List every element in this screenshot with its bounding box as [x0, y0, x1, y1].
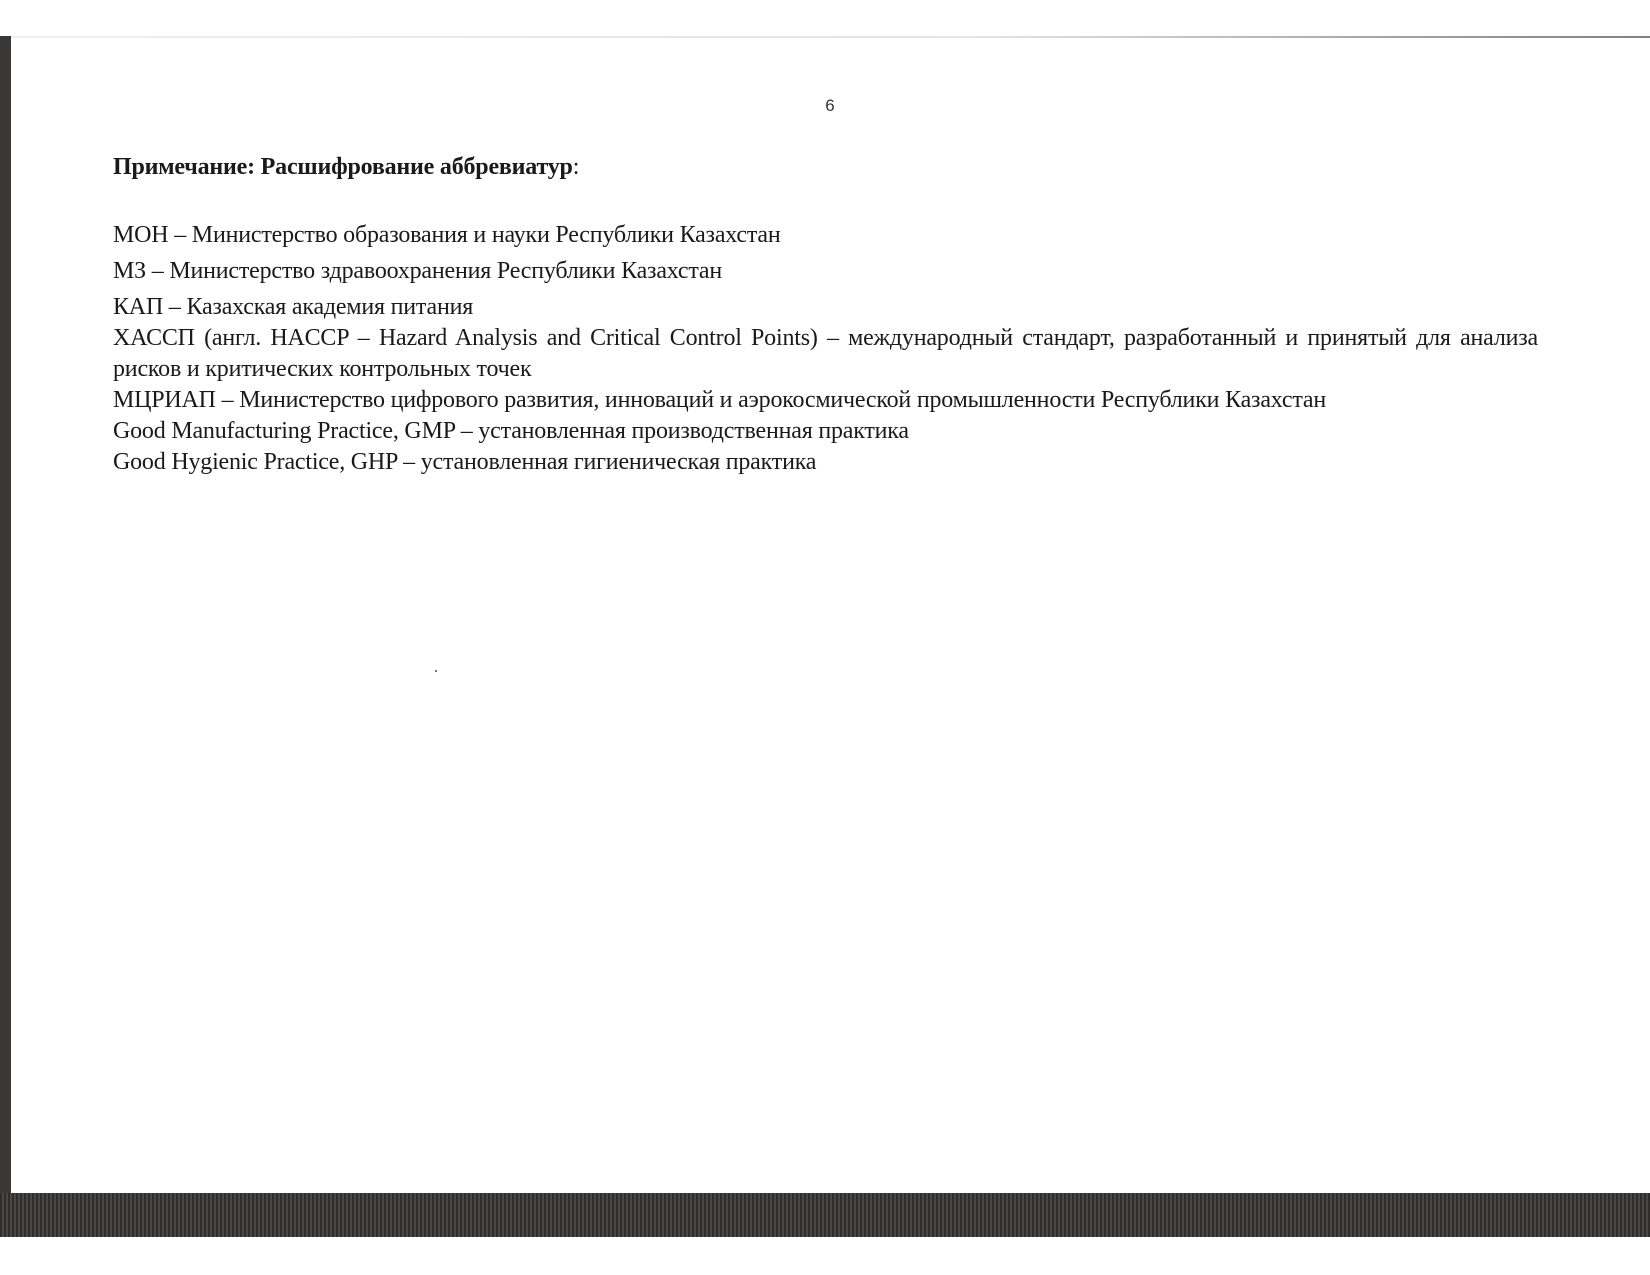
abbreviation-item: КАП – Казахская академия питания	[113, 292, 1538, 323]
abbreviation-list: МОН – Министерство образования и науки Р…	[113, 220, 1538, 478]
abbreviation-item: Good Hygienic Practice, GHP – установлен…	[113, 447, 1538, 478]
note-heading-text: Примечание: Расшифрование аббревиатур	[113, 154, 573, 180]
note-heading: Примечание: Расшифрование аббревиатур:	[113, 154, 579, 181]
abbreviation-item: ХАССП (англ. HACCP – Hazard Analysis and…	[113, 323, 1538, 385]
note-heading-colon: :	[573, 154, 579, 180]
abbreviation-item: Good Manufacturing Practice, GMP – устан…	[113, 416, 1538, 447]
abbreviation-item: МОН – Министерство образования и науки Р…	[113, 220, 1538, 251]
page-number: 6	[820, 96, 840, 116]
scan-edge-left	[0, 36, 11, 1236]
scan-edge-top	[11, 36, 1650, 38]
abbreviation-item: МЗ – Министерство здравоохранения Респуб…	[113, 256, 1538, 287]
abbreviation-item: МЦРИАП – Министерство цифрового развития…	[113, 385, 1538, 416]
scan-edge-bottom	[0, 1193, 1650, 1237]
scan-speck	[435, 670, 437, 672]
